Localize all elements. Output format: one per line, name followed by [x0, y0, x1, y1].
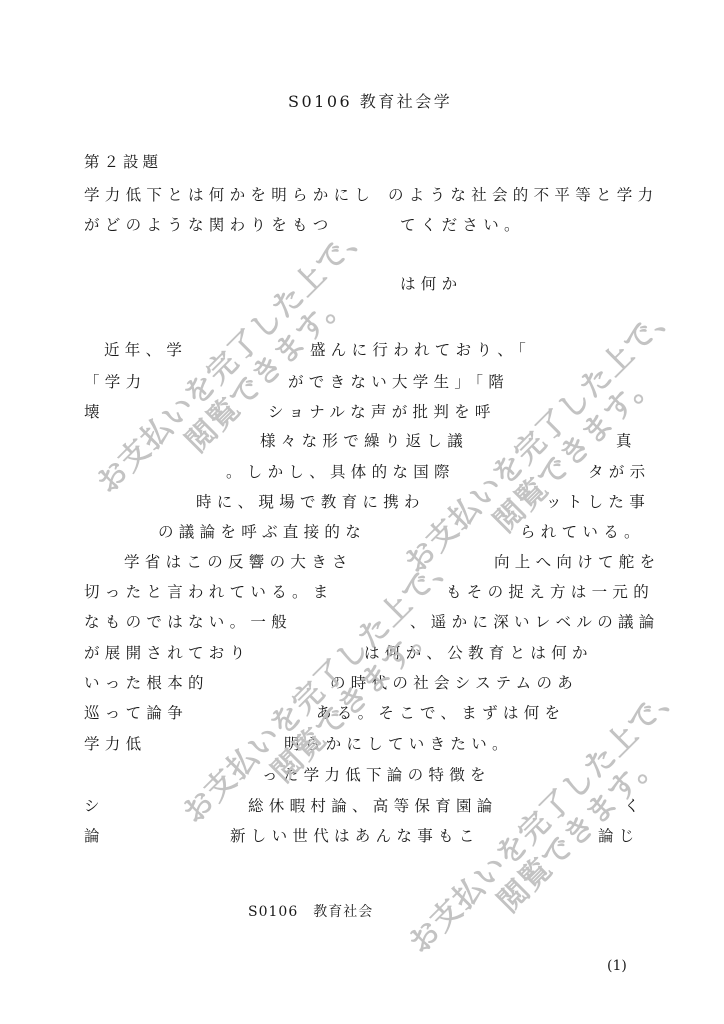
question-line-2-left: がどのような関わりをもつ [84, 215, 334, 235]
body-line: の議論を呼ぶ直接的な [158, 522, 366, 542]
body-line: が展開されており [84, 643, 250, 663]
body-line: ショナルな声が批判を呼 [268, 402, 496, 422]
body-line: 真 [616, 431, 637, 451]
body-line: 時に、現場で教育に携わ [196, 492, 425, 512]
question-label: 第２設題 [84, 152, 162, 172]
body-line: 切ったと言われている。ま [84, 582, 334, 602]
body-line: シ [84, 796, 105, 816]
body-line: 論 [84, 826, 105, 846]
section-heading: は何か [400, 274, 462, 294]
question-line-1-left: 学力低下とは何かを明らかにし [84, 185, 375, 205]
body-line: 様々な形で繰り返し議 [260, 431, 468, 451]
body-line: 総休暇村論、高等保育園論 [248, 796, 498, 816]
body-line: 向上へ向けて舵を [494, 552, 660, 572]
body-line: タが示 [588, 462, 650, 482]
document-page: S0106 教育社会学 第２設題 学力低下とは何かを明らかにし のような社会的不… [0, 0, 724, 1024]
question-line-2-right: てください。 [400, 215, 525, 235]
body-line: 壊 [84, 402, 105, 422]
body-line: 学力低 [84, 734, 146, 754]
body-line: 近年、学 [104, 340, 187, 360]
body-line: いった根本的 [84, 673, 209, 693]
body-line: 新しい世代はあんな事もこ [230, 826, 480, 846]
body-line: 巡って論争 [84, 703, 188, 723]
body-line: ができない大学生」「階 [288, 372, 509, 392]
body-line: ットした事 [546, 492, 650, 512]
page-number: (1) [607, 956, 627, 976]
body-line: 。しかし、具体的な国際 [226, 462, 455, 482]
question-line-1-right: のような社会的不平等と学力 [388, 185, 658, 205]
header-title: S0106 教育社会学 [288, 92, 452, 112]
body-line: なものではない。一般 [84, 612, 292, 632]
body-line: 学省はこの反響の大きさ [124, 552, 353, 572]
body-line: られている。 [520, 522, 645, 542]
footer-label: S0106 教育社会 [248, 902, 373, 922]
body-line: 「学力 [84, 372, 146, 392]
body-line: 盛んに行われており、「 [310, 340, 531, 360]
